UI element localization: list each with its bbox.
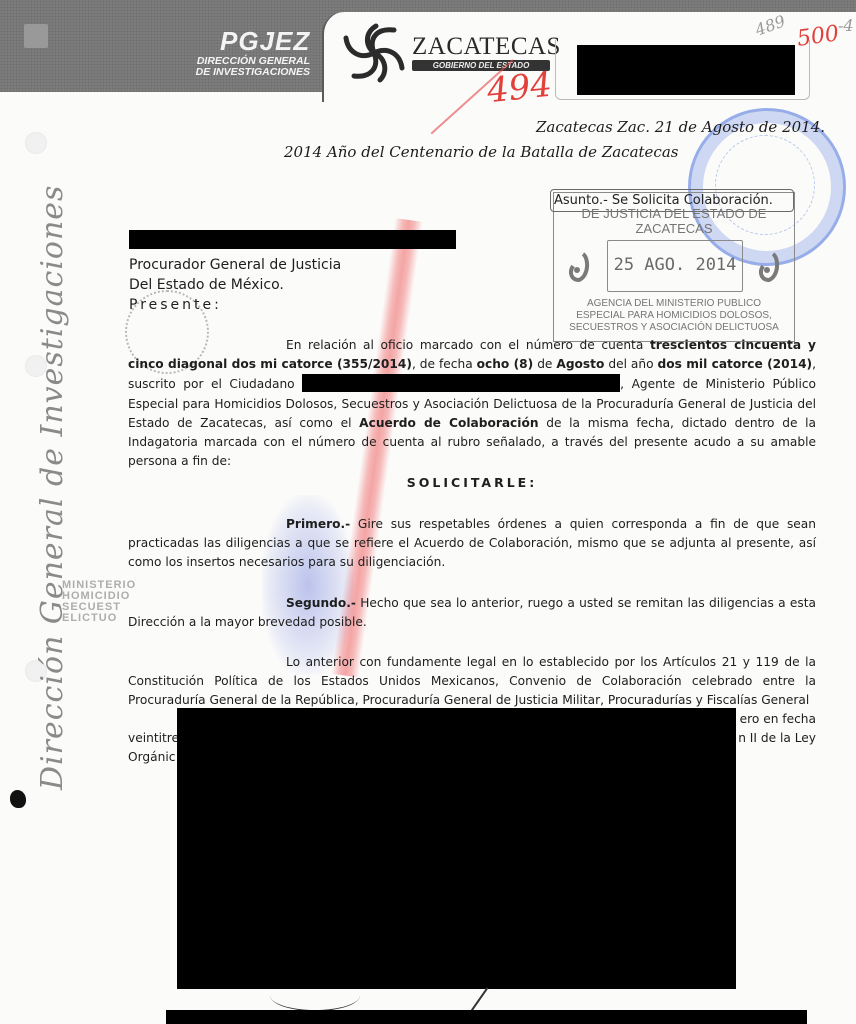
stamp-received-date: 25 AGO. 2014 [607,255,743,275]
bold-label: Primero.- [286,517,350,531]
year-motto: 2014 Año del Centenario de la Batalla de… [284,143,678,161]
recipient-salutation: Presente: [129,295,341,315]
text: Hecho que sea lo anterior, ruego a usted… [128,596,816,629]
bold-text: dos mil catorce (2014) [658,357,813,371]
recipient-entity: Del Estado de México. [129,275,341,295]
stamp-emblem-icon [567,252,591,282]
signature-stroke [270,980,360,1011]
redacted-signature-block [177,708,736,989]
dateline: Zacatecas Zac. 21 de Agosto de 2014. [536,118,825,136]
punch-hole [25,132,47,154]
margin-vertical-script: Dirección General de Investigaciones [35,185,70,790]
recipient-block: Procurador General de Justicia Del Estad… [129,255,341,315]
text: del año [604,357,657,371]
bold-label: Segundo.- [286,596,356,610]
stamp-top-line2: ZACATECAS [553,221,795,236]
side-stamp-line: ELICTUO [62,613,136,624]
stamp-agency-line1: AGENCIA DEL MINISTERIO PUBLICO [553,298,795,310]
paragraph-legal-basis: Lo anterior con fundamente legal en lo e… [128,653,816,711]
recipient-title: Procurador General de Justicia [129,255,341,275]
ink-blot [10,790,26,808]
state-name: ZACATECAS [412,33,561,61]
stamp-emblem-icon [757,252,781,282]
redacted-block [577,45,795,95]
stamp-agency-line2: ESPECIAL PARA HOMICIDIOS DOLOSOS, [553,310,795,322]
bold-text: ocho (8) [477,357,534,371]
bold-text: Agosto [556,357,604,371]
text: de [533,357,556,371]
org-subtitle: DIRECCIÓN GENERAL DE INVESTIGACIONES [175,56,310,78]
text: , de fecha [412,357,477,371]
text: Lo anterior con fundamente legal en lo e… [128,655,816,707]
text: Gire sus respetables órdenes a quien cor… [128,517,816,569]
zacatecas-swirl-logo-icon [338,22,410,84]
redacted-citizen-name [302,374,620,392]
section-heading: SOLICITARLE: [128,475,816,490]
side-stamp-text: MINISTERIO HOMICIDIO SECUEST ELICTUO [62,580,136,624]
stamp-top-line1: DE JUSTICIA DEL ESTADO DE [553,206,795,221]
text: En relación al oficio marcado con el núm… [286,338,650,352]
paragraph-primero: Primero.- Gire sus respetables órdenes a… [128,515,816,573]
signature-stroke [470,987,489,1013]
redacted-recipient-name [129,230,456,249]
handwritten-page-number: 494 [485,65,554,112]
org-subtitle-line2: DE INVESTIGACIONES [175,67,310,78]
bold-text: Acuerdo de Colaboración [359,416,538,430]
scan-mark [24,24,48,48]
paragraph-segundo: Segundo.- Hecho que sea lo anterior, rue… [128,594,816,632]
stamp-agency-text: AGENCIA DEL MINISTERIO PUBLICO ESPECIAL … [553,298,795,334]
stamp-agency-line3: SECUESTROS Y ASOCIACIÓN DELICTUOSA [553,322,795,334]
paragraph-intro: En relación al oficio marcado con el núm… [128,336,816,471]
org-acronym: PGJEZ [220,26,310,57]
handwritten-gray-mark: -4 [838,16,854,35]
redacted-footer [166,1010,807,1024]
